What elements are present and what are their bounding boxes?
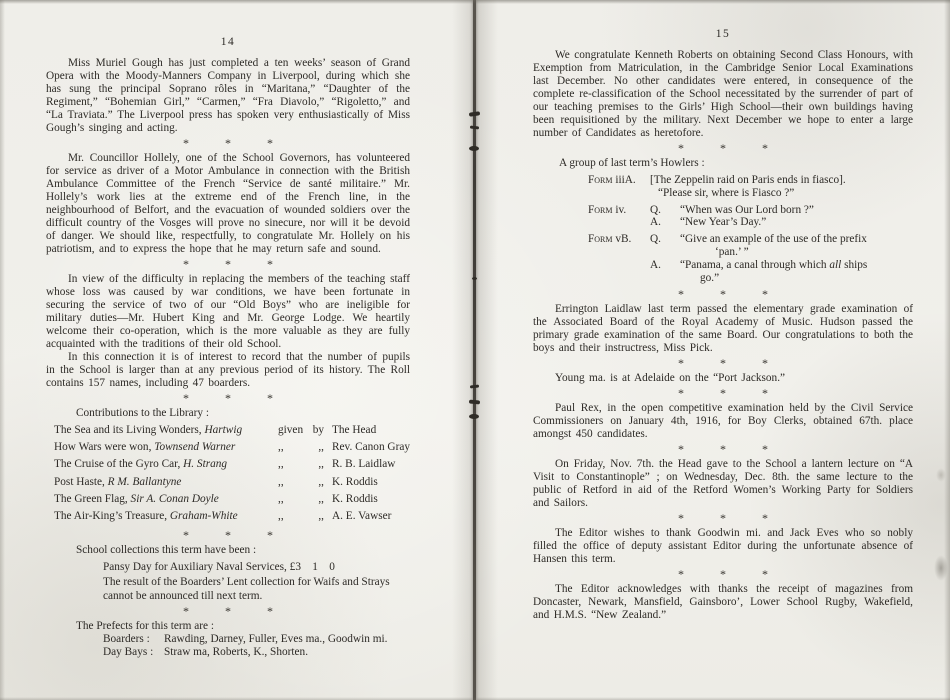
page-number-right: 15 — [533, 28, 913, 40]
ditto-column: ,,,, — [278, 476, 324, 488]
asterisk-separator: * * * — [46, 392, 410, 405]
page-number-left: 14 — [46, 36, 410, 48]
ditto-mark: ,, — [278, 476, 284, 488]
howler-form-iv: Form iv. Q. “When was Our Lord born ?” A… — [588, 204, 913, 230]
prefects-section: The Prefects for this term are : Boarder… — [46, 620, 410, 659]
library-title: The Sea and its Living Wonders, Hartwig — [54, 424, 278, 436]
prefects-row-label: Day Bays : — [103, 646, 164, 659]
paragraph-lantern-lecture: On Friday, Nov. 7th. the Head gave to th… — [533, 458, 913, 510]
spine-stitch — [469, 400, 480, 405]
book-title: The Sea and its Living Wonders, — [54, 424, 204, 436]
paragraph-editor-acknowledges: The Editor acknowledges with thanks the … — [533, 583, 913, 622]
book-author: Sir A. Conan Doyle — [131, 493, 219, 505]
library-donor: R. B. Laidlaw — [332, 458, 395, 470]
prefects-row: Day Bays : Straw ma, Roberts, K., Shorte… — [103, 646, 410, 659]
asterisk-separator: * * * — [46, 605, 410, 618]
answer-text: “Panama, a canal through which all ships… — [680, 259, 867, 285]
answer-line-1: “Panama, a canal through which all ships — [680, 259, 867, 271]
library-donor: The Head — [332, 424, 376, 436]
paragraph-hollely: Mr. Councillor Hollely, one of the Schoo… — [46, 152, 410, 256]
library-row: The Air-King’s Treasure, Graham-White ,,… — [54, 510, 410, 527]
asterisk-separator: * * * — [533, 357, 913, 370]
howler-line: [The Zeppelin raid on Paris ends in fias… — [650, 174, 913, 187]
ditto-mark: ,, — [318, 441, 324, 453]
form-number: vB. — [615, 233, 631, 245]
ditto-mark: ,, — [278, 493, 284, 505]
ditto-mark: ,, — [278, 441, 284, 453]
asterisk-separator: * * * — [533, 142, 913, 155]
library-heading: Contributions to the Library : — [76, 407, 410, 419]
asterisk-separator: * * * — [46, 529, 410, 542]
book-author: Townsend Warner — [154, 441, 235, 453]
asterisk-separator: * * * — [533, 288, 913, 301]
collections-section: School collections this term have been :… — [46, 544, 410, 603]
scan-edge-right — [944, 0, 950, 700]
prefects-heading: The Prefects for this term are : — [76, 620, 410, 632]
book-author: Hartwig — [204, 424, 242, 436]
asterisk-separator: * * * — [533, 512, 913, 525]
howler-body: Q. “When was Our Lord born ?” A. “New Ye… — [650, 204, 913, 230]
spine-stitch — [469, 146, 479, 151]
asterisk-separator: * * * — [533, 387, 913, 400]
library-donor: Rev. Canon Gray — [332, 441, 410, 453]
library-row: Post Haste, R M. Ballantyne ,,,, K. Rodd… — [54, 476, 410, 493]
asterisk-separator: * * * — [533, 568, 913, 581]
book-author: Graham-White — [170, 510, 238, 522]
paragraph-school-roll: In this connection it is of interest to … — [46, 351, 410, 390]
library-title: The Green Flag, Sir A. Conan Doyle — [54, 493, 278, 505]
form-number: iiiA. — [615, 174, 635, 186]
answer-post: ships — [841, 259, 867, 271]
question-line: Q. “Give an example of the use of the pr… — [650, 233, 913, 259]
ditto-mark: ,, — [318, 510, 324, 522]
form-label: Form iv. — [588, 204, 650, 230]
paragraph-paul-rex: Paul Rex, in the open competitive examin… — [533, 402, 913, 441]
library-title: Post Haste, R M. Ballantyne — [54, 476, 278, 488]
answer-line: A. “Panama, a canal through which all sh… — [650, 259, 913, 285]
ditto-mark: ,, — [318, 493, 324, 505]
book-spine — [473, 0, 476, 700]
howler-form-vb: Form vB. Q. “Give an example of the use … — [588, 233, 913, 284]
question-line-1: “Give an example of the use of the prefi… — [680, 233, 867, 245]
prefects-row-label: Boarders : — [103, 633, 164, 646]
library-title: The Air-King’s Treasure, Graham-White — [54, 510, 278, 522]
ditto-column: ,,,, — [278, 510, 324, 522]
book-author: H. Strang — [183, 458, 227, 470]
howlers-section: A group of last term’s Howlers : Form ii… — [533, 157, 913, 284]
collections-heading: School collections this term have been : — [76, 544, 410, 556]
form-label: Form iiiA. — [588, 174, 650, 200]
scan-edge-top — [0, 0, 950, 4]
library-row: The Cruise of the Gyro Car, H. Strang ,,… — [54, 458, 410, 475]
prefects-names: Rawding, Darney, Fuller, Eves ma., Goodw… — [164, 633, 387, 646]
book-title: Post Haste, — [54, 476, 108, 488]
book-scan: 14 Miss Muriel Gough has just completed … — [0, 0, 950, 700]
answer-line: A. “New Year’s Day.” — [650, 216, 913, 229]
paragraph-teaching-staff: In view of the difficulty in replacing t… — [46, 273, 410, 351]
given-by-column: givenby — [278, 424, 324, 436]
library-donor: K. Roddis — [332, 476, 378, 488]
paper-smudge — [936, 468, 946, 482]
form-word: Form — [588, 233, 613, 245]
howler-body: [The Zeppelin raid on Paris ends in fias… — [650, 174, 913, 200]
howlers-heading: A group of last term’s Howlers : — [559, 157, 913, 169]
answer-label: A. — [650, 259, 680, 285]
book-title: How Wars were won, — [54, 441, 154, 453]
paragraph-kenneth-roberts: We congratulate Kenneth Roberts on obtai… — [533, 49, 913, 140]
prefects-row: Boarders : Rawding, Darney, Fuller, Eves… — [103, 633, 410, 646]
given-by-word: by — [313, 424, 324, 436]
asterisk-separator: * * * — [46, 137, 410, 150]
library-title: The Cruise of the Gyro Car, H. Strang — [54, 458, 278, 470]
pansy-day-line: Pansy Day for Auxiliary Naval Services, … — [103, 560, 410, 575]
question-label: Q. — [650, 204, 680, 217]
library-donor: A. E. Vawser — [332, 510, 391, 522]
spine-stitch — [469, 414, 479, 419]
question-text: “When was Our Lord born ?” — [680, 204, 814, 217]
ditto-mark: ,, — [318, 458, 324, 470]
paper-smudge — [934, 555, 948, 581]
lent-collection-note: The result of the Boarders’ Lent collect… — [103, 576, 405, 603]
library-row: How Wars were won, Townsend Warner ,,,, … — [54, 441, 410, 458]
question-line: Q. “When was Our Lord born ?” — [650, 204, 913, 217]
paragraph-muriel-gough: Miss Muriel Gough has just completed a t… — [46, 57, 410, 135]
spine-stitch — [472, 277, 477, 280]
answer-label: A. — [650, 216, 680, 229]
spine-shadow-right — [476, 0, 498, 700]
spine-shadow-left — [452, 0, 473, 700]
form-word: Form — [588, 204, 613, 216]
book-author: R M. Ballantyne — [108, 476, 182, 488]
asterisk-separator: * * * — [46, 258, 410, 271]
library-donor: K. Roddis — [332, 493, 378, 505]
howler-form-iiia: Form iiiA. [The Zeppelin raid on Paris e… — [588, 174, 913, 200]
paragraph-errington-laidlaw: Errington Laidlaw last term passed the e… — [533, 303, 913, 355]
ditto-mark: ,, — [318, 476, 324, 488]
howler-body: Q. “Give an example of the use of the pr… — [650, 233, 913, 284]
book-title: The Cruise of the Gyro Car, — [54, 458, 183, 470]
given-by-word: given — [278, 424, 303, 436]
answer-italic-word: all — [829, 259, 841, 271]
library-row: The Green Flag, Sir A. Conan Doyle ,,,, … — [54, 493, 410, 510]
ditto-mark: ,, — [278, 458, 284, 470]
form-number: iv. — [615, 204, 626, 216]
form-label: Form vB. — [588, 233, 650, 284]
answer-line-2: go.” — [680, 272, 867, 285]
howler-line: “Please sir, where is Fiasco ?” — [650, 187, 913, 200]
book-title: The Green Flag, — [54, 493, 131, 505]
paragraph-young-ma: Young ma. is at Adelaide on the “Port Ja… — [533, 372, 913, 385]
page-14: 14 Miss Muriel Gough has just completed … — [0, 0, 474, 700]
answer-pre: “Panama, a canal through which — [680, 259, 829, 271]
question-label: Q. — [650, 233, 680, 259]
library-section: Contributions to the Library : The Sea a… — [46, 407, 410, 527]
library-row: The Sea and its Living Wonders, Hartwig … — [54, 424, 410, 441]
question-line-2: ‘pan.’ ” — [680, 246, 867, 259]
library-title: How Wars were won, Townsend Warner — [54, 441, 278, 453]
question-text: “Give an example of the use of the prefi… — [680, 233, 867, 259]
book-title: The Air-King’s Treasure, — [54, 510, 170, 522]
paragraph-editor-thanks: The Editor wishes to thank Goodwin mi. a… — [533, 527, 913, 566]
ditto-column: ,,,, — [278, 493, 324, 505]
form-word: Form — [588, 174, 613, 186]
ditto-mark: ,, — [278, 510, 284, 522]
page-15: 15 We congratulate Kenneth Roberts on ob… — [478, 0, 950, 700]
scan-edge-left — [0, 0, 5, 700]
answer-text: “New Year’s Day.” — [680, 216, 766, 229]
ditto-column: ,,,, — [278, 458, 324, 470]
asterisk-separator: * * * — [533, 443, 913, 456]
prefects-names: Straw ma, Roberts, K., Shorten. — [164, 646, 308, 659]
ditto-column: ,,,, — [278, 441, 324, 453]
